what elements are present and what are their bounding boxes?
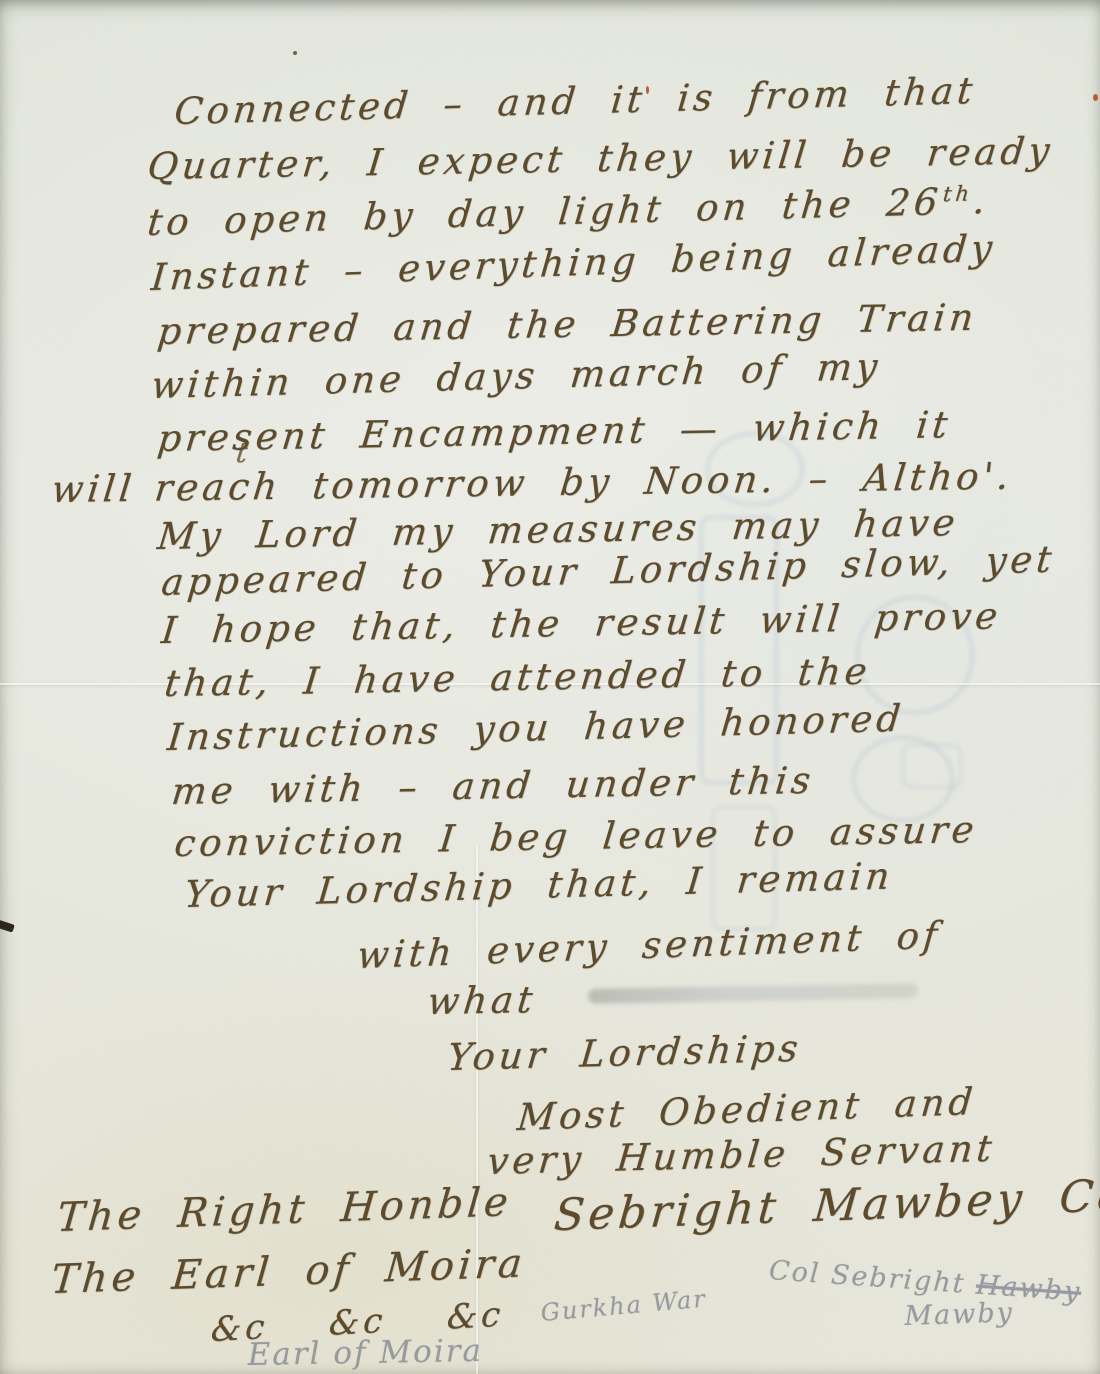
line-text: The Right Honble bbox=[55, 1180, 513, 1240]
line-text: me with – and under this bbox=[170, 761, 817, 813]
erased-word-smudge bbox=[588, 983, 918, 1004]
closing-line: with every sentiment of bbox=[357, 916, 942, 977]
fold-crease-vertical bbox=[476, 845, 478, 1374]
letter-line: me with – and under this bbox=[171, 761, 814, 813]
line-text: with every sentiment of bbox=[356, 916, 943, 977]
line-text: prepared and the Battering Train bbox=[156, 298, 980, 353]
ink-mark-left-edge bbox=[0, 919, 15, 932]
line-text: what bbox=[426, 980, 539, 1023]
margin-insert-word: will bbox=[50, 469, 138, 511]
letter-line: Connected – and it is from that bbox=[174, 71, 977, 133]
pencil-note-subject: Gurkha War bbox=[540, 1286, 708, 1327]
closing-line: what bbox=[427, 980, 536, 1023]
line-text: Your Lordships bbox=[446, 1029, 804, 1079]
letter-line: Quarter, I expect they will be ready bbox=[147, 131, 1053, 187]
address-line: The Right Honble bbox=[56, 1180, 512, 1240]
paper-speck bbox=[646, 86, 649, 94]
paper-speck bbox=[293, 51, 297, 55]
line-text: Instructions you have honored bbox=[166, 699, 906, 759]
watermark-shape bbox=[902, 744, 962, 788]
address-line: The Earl of Moira bbox=[50, 1241, 526, 1302]
letter-line: Your Lordship that, I remain bbox=[184, 856, 894, 915]
line-text: present Encampment — which it bbox=[156, 405, 954, 460]
superscript-th: th bbox=[942, 182, 974, 206]
letter-line: prepared and the Battering Train bbox=[157, 298, 977, 353]
pencil-note-recipient: Earl of Moira bbox=[247, 1334, 483, 1372]
letter-line: Instructions you have honored bbox=[167, 699, 905, 759]
line-text: Quarter, I expect they will be ready bbox=[146, 131, 1056, 188]
line-text: . bbox=[971, 181, 991, 222]
letter-line: within one days march of my bbox=[151, 347, 881, 407]
line-text: within one days march of my bbox=[150, 347, 883, 407]
pencil-writer-prefix: Col Sebright bbox=[768, 1255, 977, 1300]
line-text: The Earl of Moira bbox=[49, 1241, 527, 1302]
pencil-note-writer-correction: Mawby bbox=[904, 1298, 1014, 1331]
letter-scan: Connected – and it is from that Quarter,… bbox=[0, 0, 1100, 1374]
line-text: Connected – and it is from that bbox=[173, 71, 979, 133]
stray-pen-mark: t bbox=[236, 438, 251, 469]
closing-line: Your Lordships bbox=[447, 1029, 802, 1079]
line-text: Your Lordship that, I remain bbox=[183, 856, 896, 915]
signature: Sebright Mawbey Col bbox=[553, 1171, 1100, 1240]
paper-speck bbox=[1093, 94, 1098, 101]
letter-line: present Encampment — which it bbox=[157, 405, 951, 460]
